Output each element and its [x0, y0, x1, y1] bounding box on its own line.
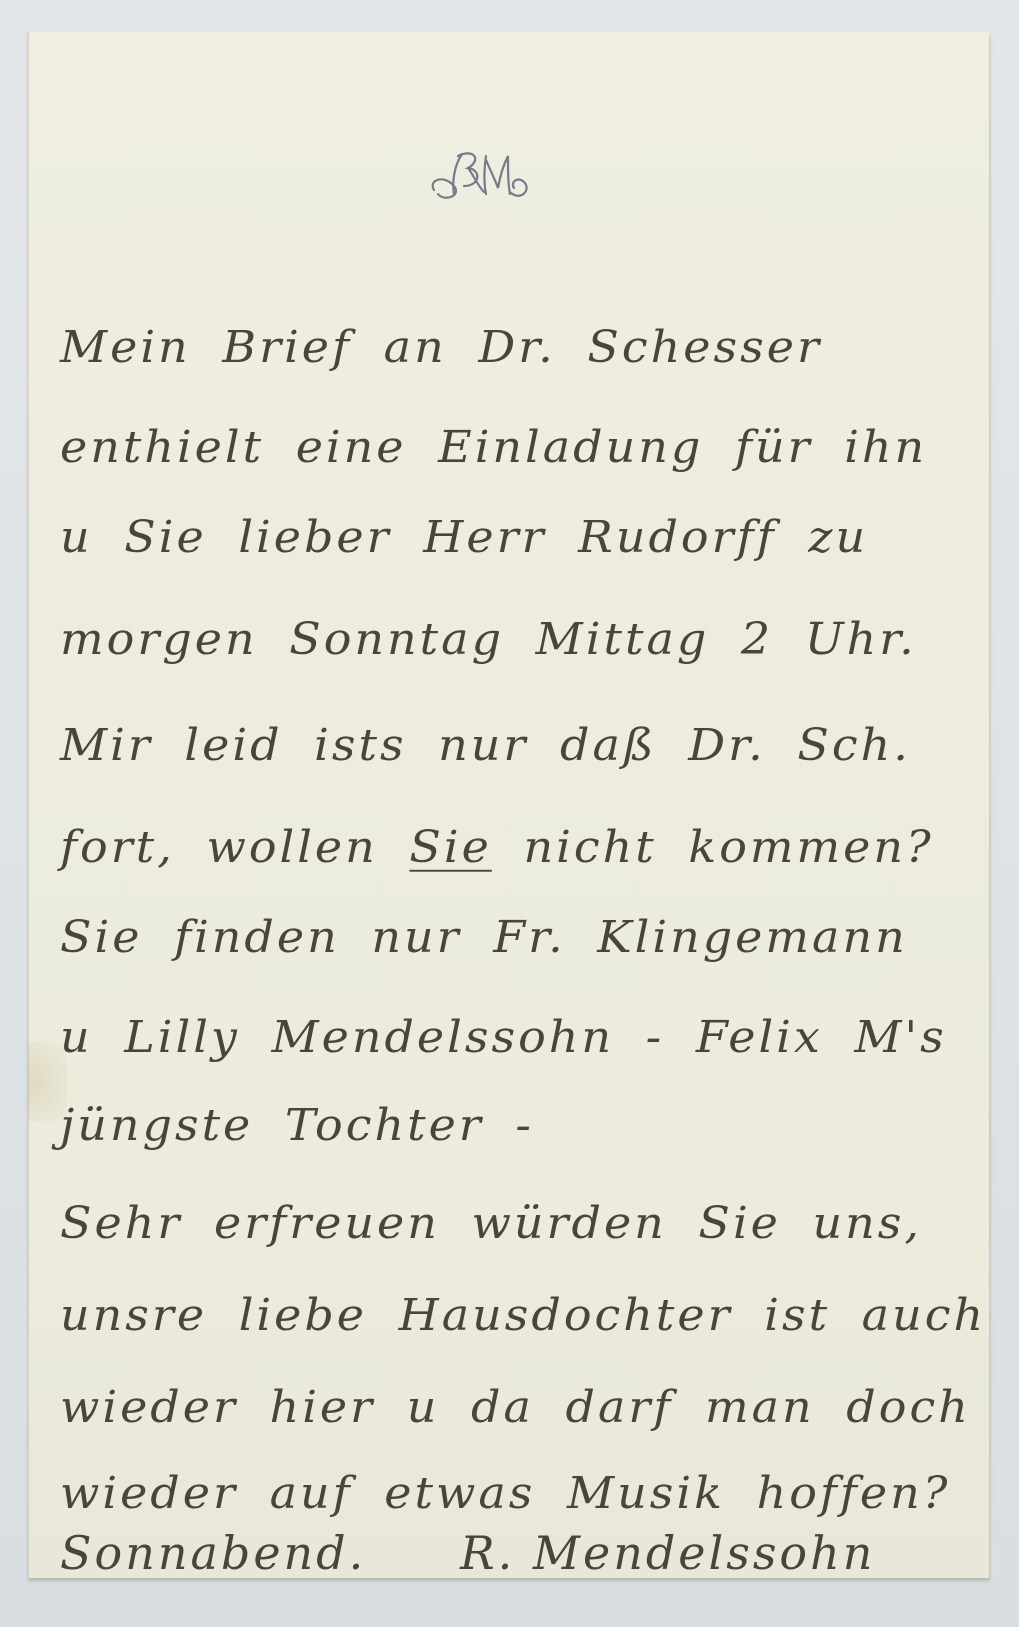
letter-line-3: u Sie lieber Herr Rudorff zu [60, 511, 868, 562]
letter-line-9: jüngste Tochter - [60, 1099, 534, 1150]
letter-line-6-end: nicht kommen? [523, 821, 933, 872]
letter-sheet [27, 32, 989, 1578]
dateline: Sonnabend. [60, 1526, 366, 1580]
letter-line-8: u Lilly Mendelssohn - Felix M's [60, 1011, 947, 1062]
letter-line-6-start: fort, wollen [60, 821, 378, 872]
letter-line-11: unsre liebe Hausdochter ist auch [60, 1289, 986, 1340]
letter-line-6: fort, wollen Sie nicht kommen? [60, 821, 934, 872]
letter-line-7: Sie finden nur Fr. Klingemann [60, 911, 908, 962]
letter-line-10: Sehr erfreuen würden Sie uns, [60, 1197, 922, 1248]
monogram-flourish-icon [424, 146, 534, 206]
letter-line-12: wieder hier u da darf man doch [60, 1381, 971, 1432]
letter-line-13: wieder auf etwas Musik hoffen? [60, 1467, 950, 1518]
letter-line-4: morgen Sonntag Mittag 2 Uhr. [60, 613, 917, 664]
letterhead-monogram [424, 146, 534, 206]
signature: R. Mendelssohn [460, 1526, 875, 1580]
letter-line-1: Mein Brief an Dr. Schesser [60, 321, 822, 372]
underlined-emphasis: Sie [409, 821, 491, 872]
letter-line-5: Mir leid ists nur daß Dr. Sch. [60, 719, 911, 770]
letter-line-2: enthielt eine Einladung für ihn [60, 421, 927, 472]
